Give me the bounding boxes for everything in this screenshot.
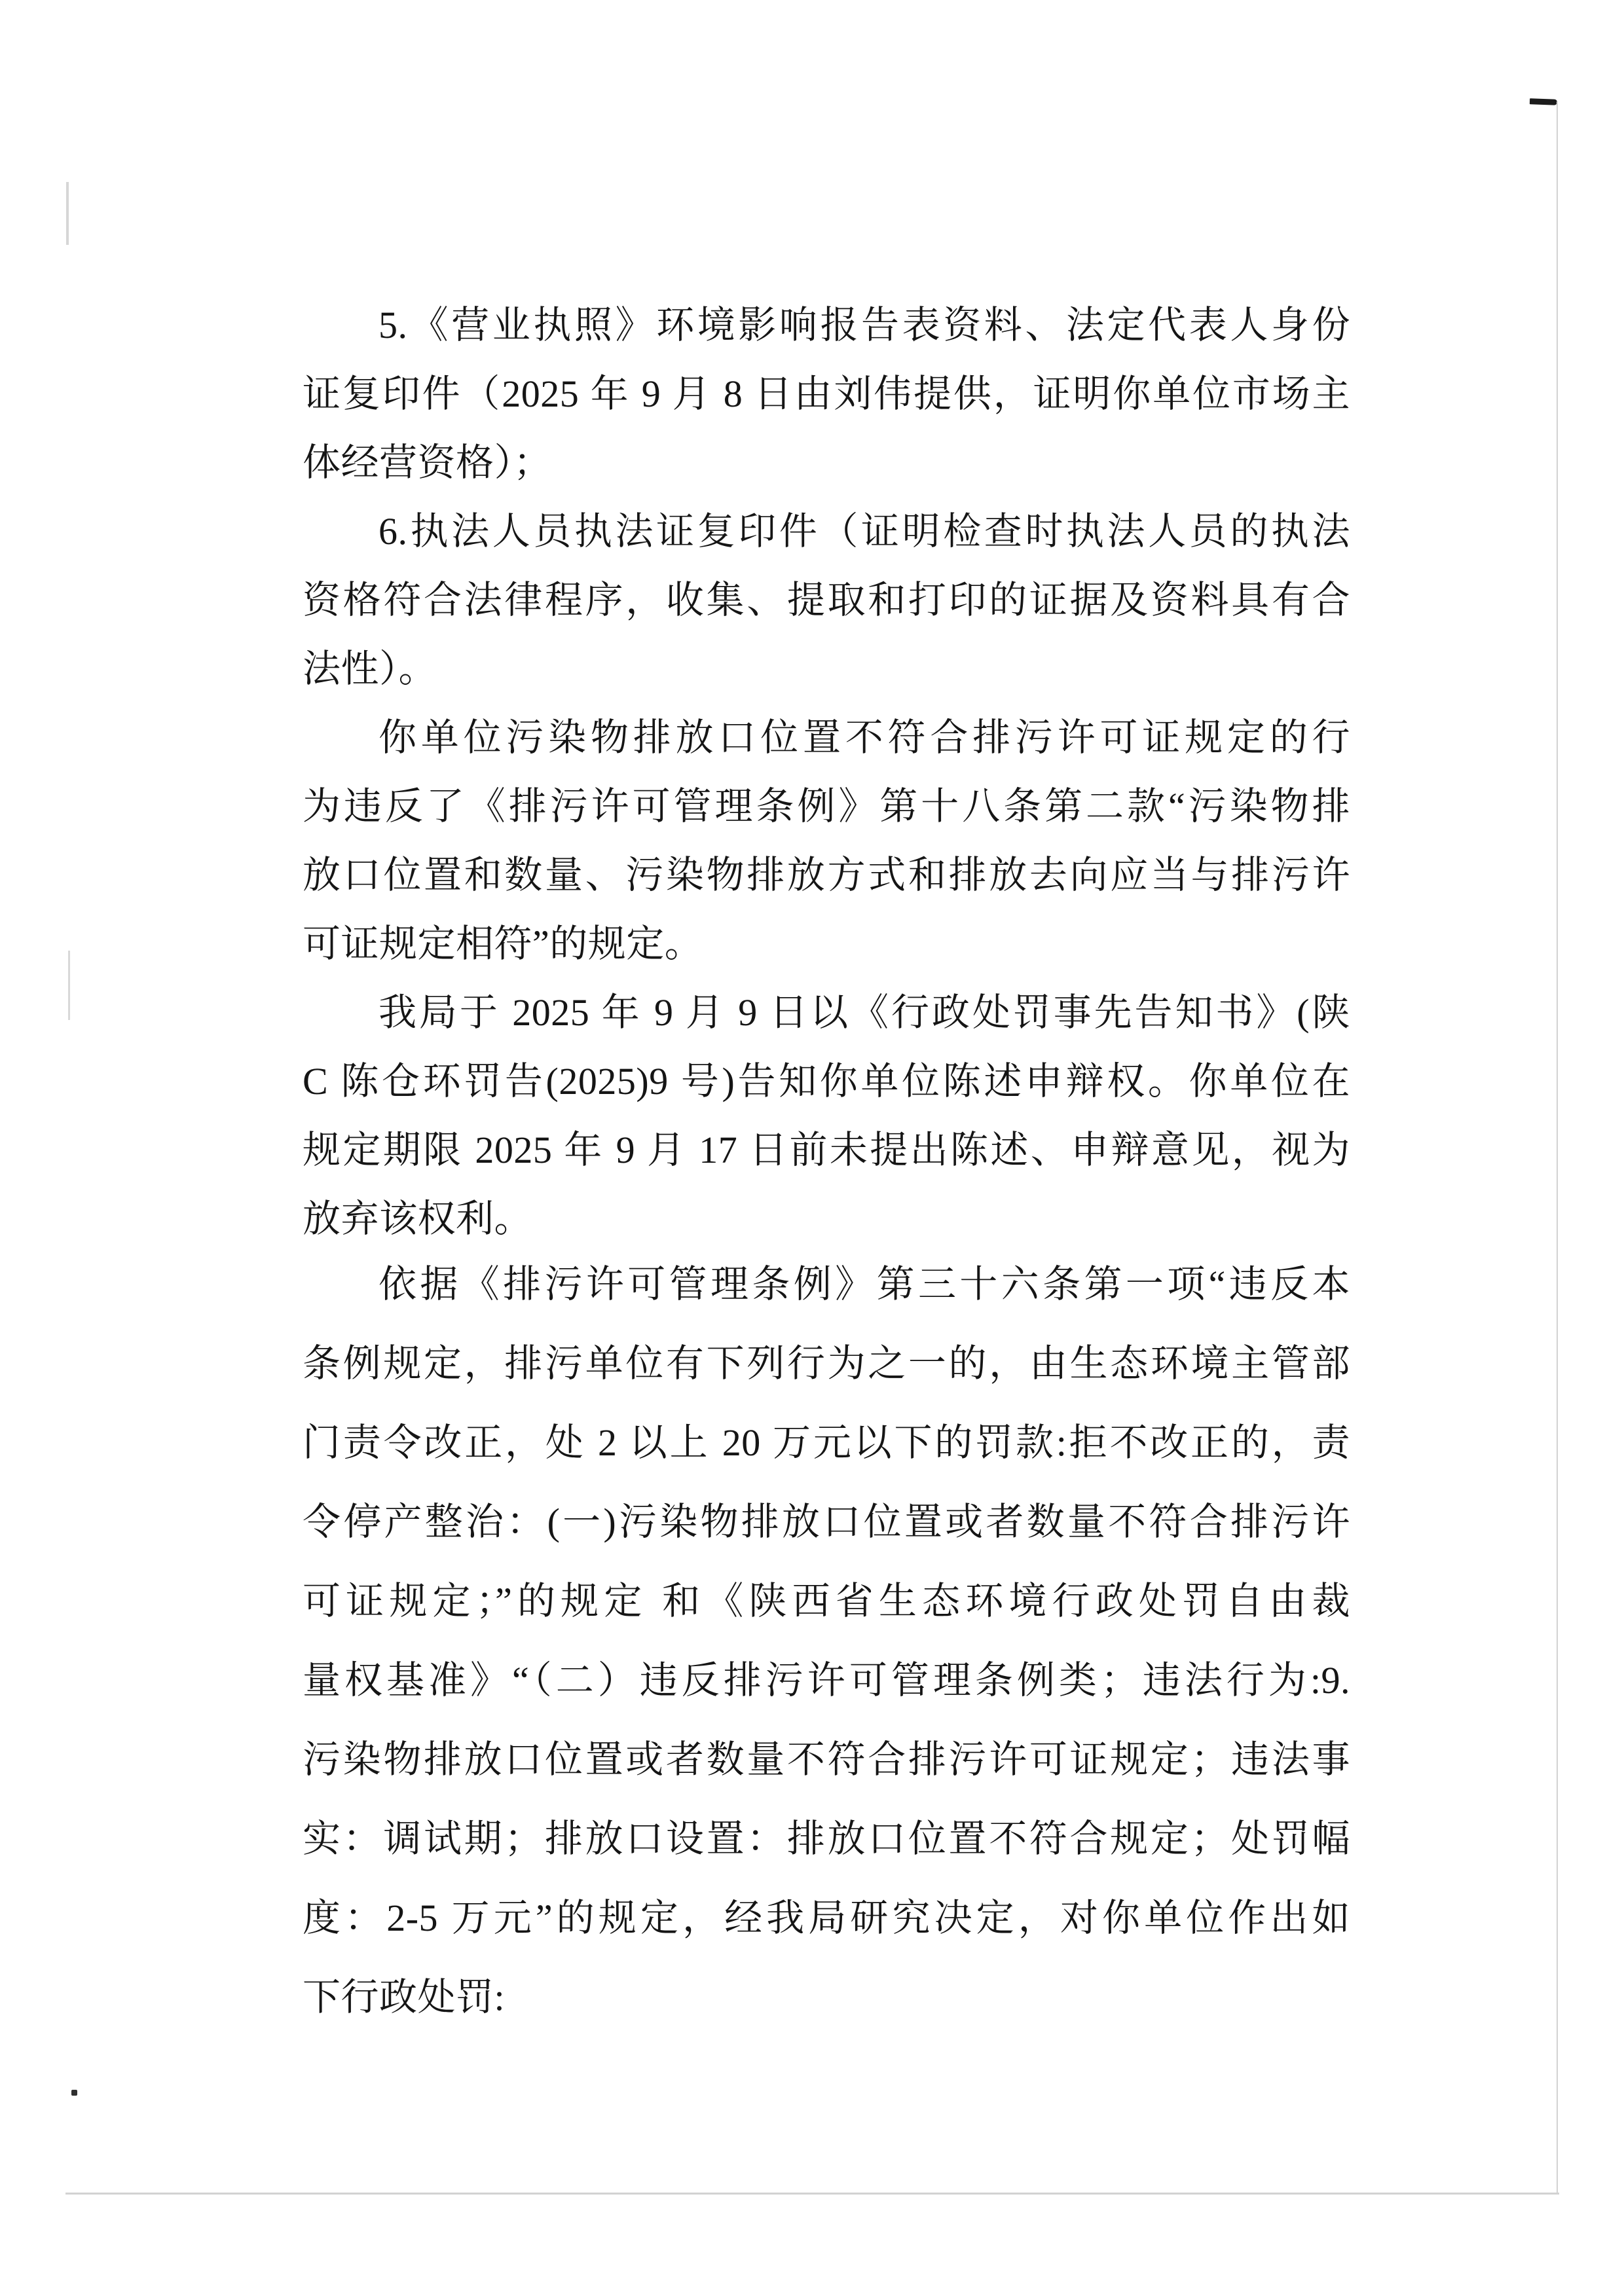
scan-artifact-left-edge-line-1: [66, 182, 69, 245]
text-line: 体经营资格）；: [303, 428, 1350, 497]
text-line: 我局于 2025 年 9 月 9 日以《行政处罚事先告知书》(陕: [303, 978, 1350, 1047]
text-line: 门责令改正，处 2 以上 20 万元以下的罚款:拒不改正的，责: [303, 1403, 1350, 1482]
text-line: 可证规定相符”的规定。: [303, 909, 1350, 978]
text-line: 证复印件（2025 年 9 月 8 日由刘伟提供，证明你单位市场主: [303, 359, 1350, 428]
text-line: 规定期限 2025 年 9 月 17 日前未提出陈述、申辩意见，视为: [303, 1116, 1350, 1184]
text-line: 令停产整治：(一)污染物排放口位置或者数量不符合排污许: [303, 1482, 1350, 1561]
text-line: 放口位置和数量、污染物排放方式和排放去向应当与排污许: [303, 841, 1350, 909]
text-line: 量权基准》“（二）违反排污许可管理条例类；违法行为:9.: [303, 1641, 1350, 1720]
text-line: 资格符合法律程序，收集、提取和打印的证据及资料具有合: [303, 566, 1350, 634]
text-line: 法性）。: [303, 634, 1350, 703]
text-line: 你单位污染物排放口位置不符合排污许可证规定的行: [303, 703, 1350, 772]
scan-artifact-right-edge-line: [1557, 101, 1558, 2195]
document-body-lower: 依据《排污许可管理条例》第三十六条第一项“违反本 条例规定，排污单位有下列行为之…: [303, 1245, 1350, 2037]
text-line: 依据《排污许可管理条例》第三十六条第一项“违反本: [303, 1245, 1350, 1324]
scan-artifact-ink-dot: [71, 2090, 77, 2096]
text-line: 6.执法人员执法证复印件（证明检查时执法人员的执法: [303, 497, 1350, 566]
scan-artifact-bottom-edge-line: [65, 2193, 1559, 2195]
text-line: 为违反了《排污许可管理条例》第十八条第二款“污染物排: [303, 772, 1350, 841]
text-line: 可证规定；”的规定 和《陕西省生态环境行政处罚自由裁: [303, 1561, 1350, 1641]
scan-artifact-left-edge-line-2: [68, 951, 70, 1020]
document-body-upper: 5.《营业执照》环境影响报告表资料、法定代表人身份 证复印件（2025 年 9 …: [303, 291, 1350, 1253]
text-line: 实：调试期；排放口设置：排放口位置不符合规定；处罚幅: [303, 1799, 1350, 1878]
text-line: 5.《营业执照》环境影响报告表资料、法定代表人身份: [303, 291, 1350, 359]
text-line: 污染物排放口位置或者数量不符合排污许可证规定；违法事: [303, 1720, 1350, 1799]
text-line: 下行政处罚:: [303, 1958, 1350, 2037]
text-line: 度：2-5 万元”的规定，经我局研究决定，对你单位作出如: [303, 1878, 1350, 1958]
text-line: C 陈仓环罚告(2025)9 号)告知你单位陈述申辩权。你单位在: [303, 1047, 1350, 1116]
text-line: 条例规定，排污单位有下列行为之一的，由生态环境主管部: [303, 1324, 1350, 1403]
scan-artifact-corner-tick: [1530, 98, 1557, 105]
text-line: 放弃该权利。: [303, 1184, 1350, 1253]
document-page: 5.《营业执照》环境影响报告表资料、法定代表人身份 证复印件（2025 年 9 …: [0, 0, 1624, 2296]
